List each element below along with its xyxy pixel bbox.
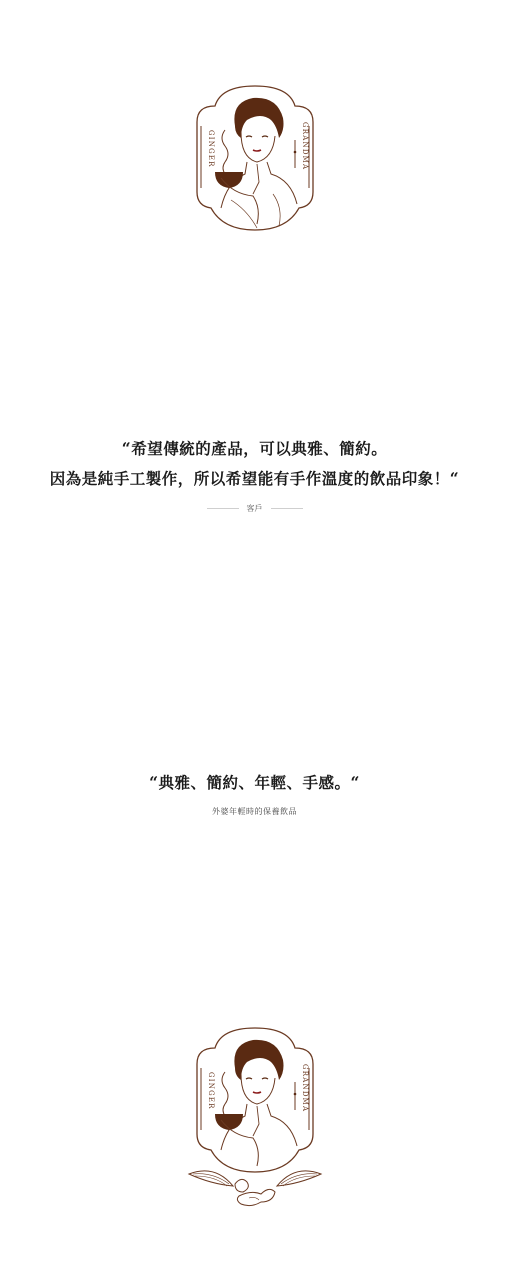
concept-subtitle: 外婆年輕時的保養飲品: [0, 806, 509, 817]
grandma-portrait-with-ginger-icon: GINGER GRANDMA: [185, 1024, 325, 1210]
divider-right: [271, 508, 303, 509]
grandma-portrait-icon: GINGER GRANDMA: [187, 82, 323, 232]
client-quote-line-2: 因為是純手工製作，所以希望能有手作溫度的飲品印象！“: [0, 464, 509, 494]
quote-attribution: 客戶: [0, 503, 509, 514]
client-quote: “希望傳統的產品，可以典雅、簡約。 因為是純手工製作，所以希望能有手作溫度的飲品…: [0, 434, 509, 494]
concept-quote: “典雅、簡約、年輕、手感。“: [0, 772, 509, 794]
attribution-label: 客戶: [247, 503, 263, 514]
client-quote-line-1: “希望傳統的產品，可以典雅、簡約。: [0, 434, 509, 464]
svg-text:GINGER: GINGER: [207, 130, 215, 168]
svg-text:GINGER: GINGER: [207, 1072, 215, 1110]
ginger-grandma-logo-bottom: GINGER GRANDMA: [185, 1024, 325, 1210]
ginger-grandma-logo-top: GINGER GRANDMA: [187, 82, 323, 232]
divider-left: [207, 508, 239, 509]
svg-text:GRANDMA: GRANDMA: [301, 1064, 309, 1112]
svg-text:GRANDMA: GRANDMA: [301, 122, 309, 170]
